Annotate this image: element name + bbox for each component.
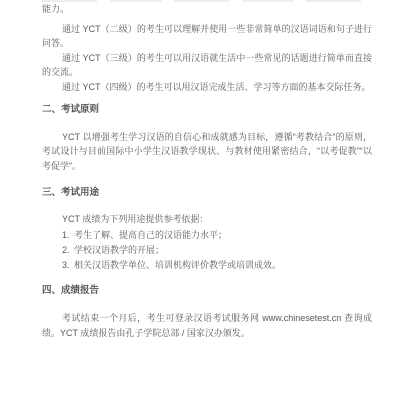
paragraph-score-report: 考试结束一个月后，考生可登录汉语考试服务网 www.chinesetest.cn… xyxy=(42,311,372,340)
document-page: 能力。 通过 YCT（二级）的考生可以理解并使用一些非常简单的汉语词语和句子进行… xyxy=(0,0,400,400)
service-site-url: www.chinesetest.cn xyxy=(262,313,341,323)
list-item-1-number: 1. xyxy=(62,228,74,243)
score-report-text-before-url: 考试结束一个月后，考生可登录汉语考试服务网 xyxy=(62,313,262,323)
yct-level-2-description: 通过 YCT（二级）的考生可以理解并使用一些非常简单的汉语词语和句子进行问答。 xyxy=(42,22,372,51)
yct-level-3-description: 通过 YCT（三级）的考生可以用汉语就生活中一些常见的话题进行简单而直接的交流。 xyxy=(42,51,372,80)
list-item-2-text: 学校汉语教学的开展； xyxy=(74,243,164,258)
paragraph-continuation: 能力。 xyxy=(42,2,372,17)
list-item-2: 2. 学校汉语教学的开展； xyxy=(42,243,372,258)
clipped-text-top xyxy=(42,0,372,2)
list-item-3-text: 相关汉语教学单位、培训机构评价教学或培训成效。 xyxy=(74,258,281,273)
list-item-1: 1. 考生了解、提高自己的汉语能力水平； xyxy=(42,228,372,243)
section-heading-score-report: 四、成绩报告 xyxy=(42,284,372,299)
document-body: 能力。 通过 YCT（二级）的考生可以理解并使用一些非常简单的汉语词语和句子进行… xyxy=(0,0,400,340)
paragraph-exam-principles: YCT 以增强考生学习汉语的自信心和成就感为目标，遵循“考教结合”的原则，考试设… xyxy=(42,130,372,174)
list-item-2-number: 2. xyxy=(62,243,74,258)
uses-numbered-list: 1. 考生了解、提高自己的汉语能力水平； 2. 学校汉语教学的开展； 3. 相关… xyxy=(42,228,372,273)
list-item-3-number: 3. xyxy=(62,258,74,273)
list-item-1-text: 考生了解、提高自己的汉语能力水平； xyxy=(74,228,227,243)
yct-level-4-description: 通过 YCT（四级）的考生可以用汉语完成生活、学习等方面的基本交际任务。 xyxy=(42,80,372,95)
section-heading-exam-principles: 二、考试原则 xyxy=(42,103,372,118)
paragraph-uses-lead: YCT 成绩为下列用途提供参考依据： xyxy=(42,212,372,227)
list-item-3: 3. 相关汉语教学单位、培训机构评价教学或培训成效。 xyxy=(42,258,372,273)
section-heading-exam-uses: 三、考试用途 xyxy=(42,186,372,201)
